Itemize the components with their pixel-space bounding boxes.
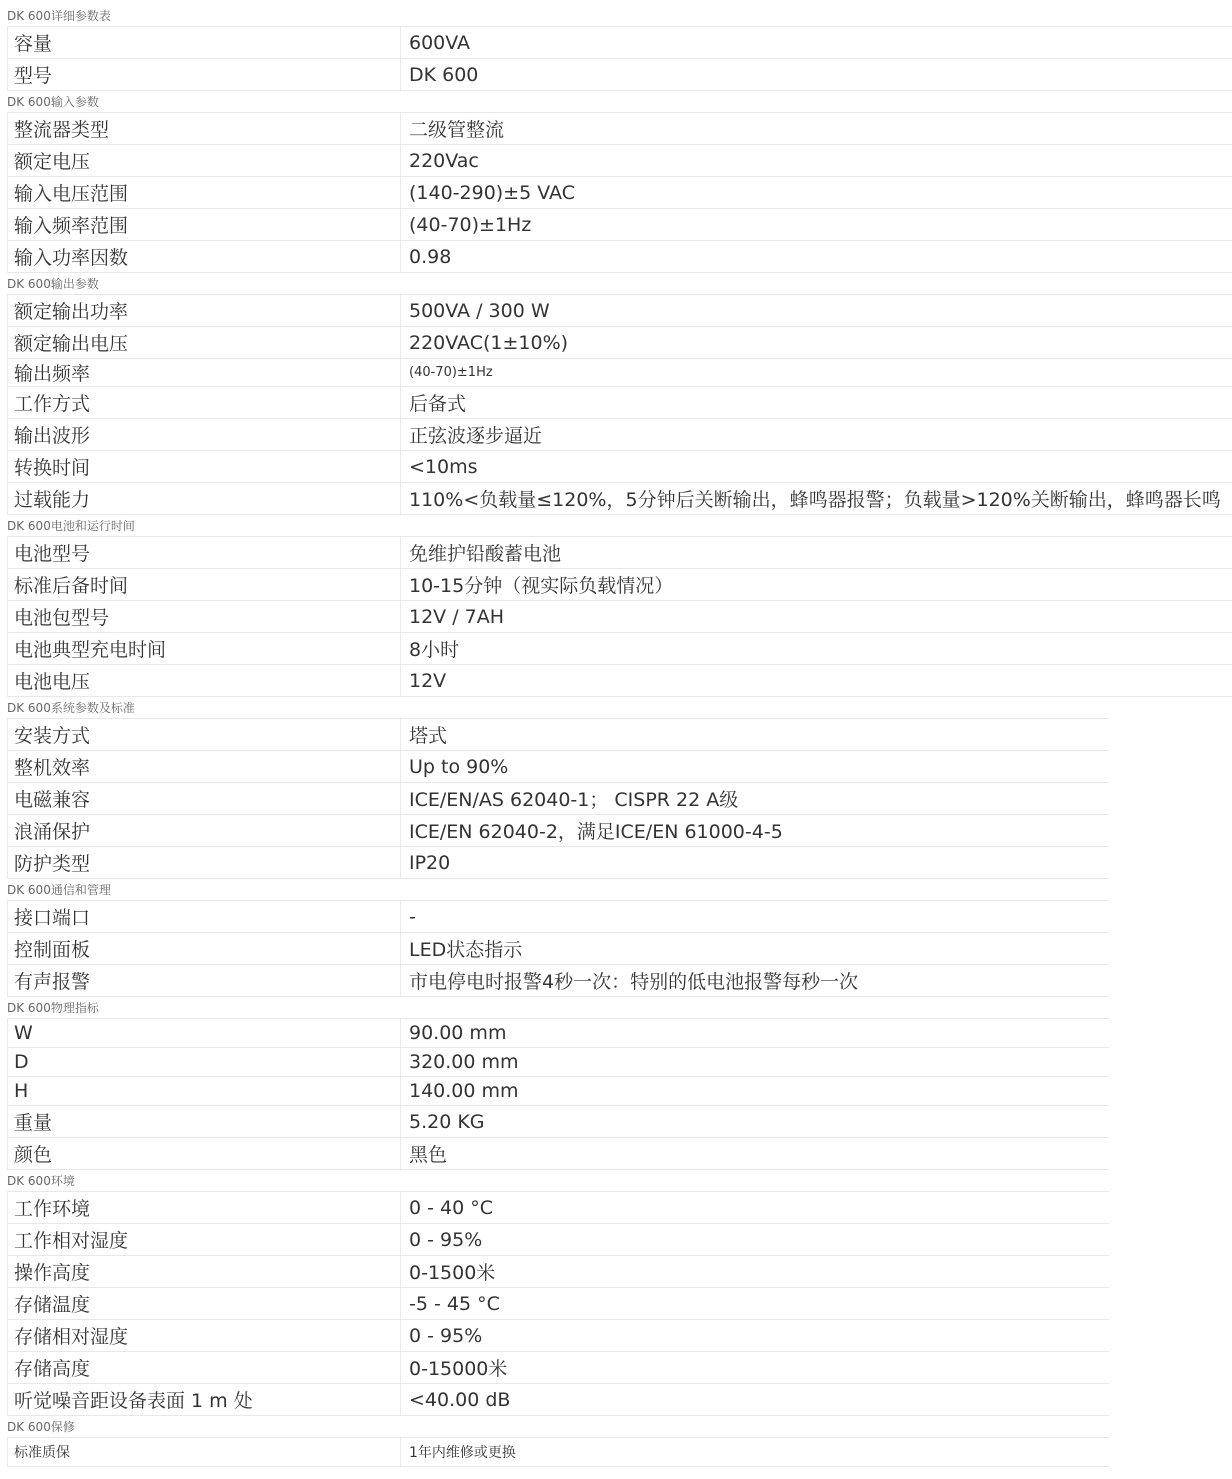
spec-row: 听觉噪音距设备表面 1 m 处 <40.00 dB xyxy=(8,1384,1109,1416)
spec-label: 整流器类型 xyxy=(8,113,400,144)
spec-table: W 90.00 mm D 320.00 mm H 140.00 mm 重量 5.… xyxy=(7,1018,1109,1170)
spec-value: 塔式 xyxy=(400,719,1109,750)
spec-value: 320.00 mm xyxy=(400,1048,1109,1076)
spec-value: 110%<负载量≤120%，5分钟后关断输出，蜂鸣器报警；负载量>120%关断输… xyxy=(400,483,1232,514)
spec-table: 电池型号 免维护铅酸蓄电池 标准后备时间 10-15分钟（视实际负载情况） 电池… xyxy=(7,536,1232,697)
spec-section: DK 600输出参数 额定输出功率 500VA / 300 W 额定输出电压 2… xyxy=(0,273,1232,515)
spec-table: 标准质保 1年内维修或更换 xyxy=(7,1437,1109,1467)
spec-label: 电池型号 xyxy=(8,537,400,568)
spec-row: 防护类型 IP20 xyxy=(8,847,1109,879)
section-header: DK 600电池和运行时间 xyxy=(0,515,1232,536)
spec-value: 二级管整流 xyxy=(400,113,1232,144)
spec-value: 220VAC(1±10%) xyxy=(400,327,1232,358)
spec-value: 0 - 40 °C xyxy=(400,1192,1109,1223)
spec-row: 颜色 黑色 xyxy=(8,1138,1109,1170)
spec-row: 工作方式 后备式 xyxy=(8,387,1232,419)
section-header: DK 600通信和管理 xyxy=(0,879,1232,900)
spec-value: (140-290)±5 VAC xyxy=(400,177,1232,208)
spec-value: 12V xyxy=(400,665,1232,696)
spec-row: 有声报警 市电停电时报警4秒一次：特别的低电池报警每秒一次 xyxy=(8,965,1109,997)
spec-value: 10-15分钟（视实际负载情况） xyxy=(400,569,1232,600)
spec-row: H 140.00 mm xyxy=(8,1077,1109,1106)
spec-value: 市电停电时报警4秒一次：特别的低电池报警每秒一次 xyxy=(400,965,1109,996)
spec-row: 电池电压 12V xyxy=(8,665,1232,697)
spec-row: 容量 600VA xyxy=(8,27,1232,59)
spec-label: 控制面板 xyxy=(8,933,400,964)
spec-label: 输入电压范围 xyxy=(8,177,400,208)
spec-label: 容量 xyxy=(8,27,400,58)
spec-value: 12V / 7AH xyxy=(400,601,1232,632)
spec-label: 存储高度 xyxy=(8,1352,400,1383)
spec-row: 转换时间 <10ms xyxy=(8,451,1232,483)
spec-row: 控制面板 LED状态指示 xyxy=(8,933,1109,965)
spec-label: 颜色 xyxy=(8,1138,400,1169)
spec-label: 电池典型充电时间 xyxy=(8,633,400,664)
spec-row: 电池型号 免维护铅酸蓄电池 xyxy=(8,537,1232,569)
spec-section: DK 600详细参数表 容量 600VA 型号 DK 600 xyxy=(0,5,1232,91)
spec-value: DK 600 xyxy=(400,59,1232,90)
spec-row: 标准后备时间 10-15分钟（视实际负载情况） xyxy=(8,569,1232,601)
spec-label: 操作高度 xyxy=(8,1256,400,1287)
spec-value: <40.00 dB xyxy=(400,1384,1109,1415)
spec-label: 听觉噪音距设备表面 1 m 处 xyxy=(8,1384,400,1415)
spec-row: 输出频率 (40-70)±1Hz xyxy=(8,359,1232,387)
spec-row: 输入频率范围 (40-70)±1Hz xyxy=(8,209,1232,241)
spec-row: D 320.00 mm xyxy=(8,1048,1109,1077)
spec-value: Up to 90% xyxy=(400,751,1109,782)
spec-row: 电池典型充电时间 8小时 xyxy=(8,633,1232,665)
spec-label: 型号 xyxy=(8,59,400,90)
spec-label: 重量 xyxy=(8,1106,400,1137)
spec-row: 型号 DK 600 xyxy=(8,59,1232,91)
spec-row: 输入功率因数 0.98 xyxy=(8,241,1232,273)
spec-value: -5 - 45 °C xyxy=(400,1288,1109,1319)
spec-value: 0 - 95% xyxy=(400,1320,1109,1351)
spec-label: 输出波形 xyxy=(8,419,400,450)
spec-label: 工作环境 xyxy=(8,1192,400,1223)
spec-row: 重量 5.20 KG xyxy=(8,1106,1109,1138)
spec-row: 电池包型号 12V / 7AH xyxy=(8,601,1232,633)
spec-label: 电磁兼容 xyxy=(8,783,400,814)
spec-label: D xyxy=(8,1048,400,1076)
spec-row: 操作高度 0-1500米 xyxy=(8,1256,1109,1288)
spec-label: 工作方式 xyxy=(8,387,400,418)
spec-row: 额定电压 220Vac xyxy=(8,145,1232,177)
spec-table: 整流器类型 二级管整流 额定电压 220Vac 输入电压范围 (140-290)… xyxy=(7,112,1232,273)
spec-row: 输出波形 正弦波逐步逼近 xyxy=(8,419,1232,451)
spec-value: (40-70)±1Hz xyxy=(400,359,1232,386)
spec-label: 标准后备时间 xyxy=(8,569,400,600)
spec-value: 正弦波逐步逼近 xyxy=(400,419,1232,450)
spec-label: 接口端口 xyxy=(8,901,400,932)
spec-value: 5.20 KG xyxy=(400,1106,1109,1137)
spec-row: 存储高度 0-15000米 xyxy=(8,1352,1109,1384)
spec-value: 8小时 xyxy=(400,633,1232,664)
spec-label: 存储温度 xyxy=(8,1288,400,1319)
spec-label: W xyxy=(8,1019,400,1047)
spec-row: 额定输出功率 500VA / 300 W xyxy=(8,295,1232,327)
spec-value: <10ms xyxy=(400,451,1232,482)
spec-value: 1年内维修或更换 xyxy=(400,1438,1109,1466)
spec-label: 输出频率 xyxy=(8,359,400,386)
section-header: DK 600保修 xyxy=(0,1416,1232,1437)
spec-value: (40-70)±1Hz xyxy=(400,209,1232,240)
spec-section: DK 600保修 标准质保 1年内维修或更换 xyxy=(0,1416,1232,1467)
spec-value: 黑色 xyxy=(400,1138,1109,1169)
spec-value: ICE/EN 62040-2，满足ICE/EN 61000-4-5 xyxy=(400,815,1109,846)
section-header: DK 600输出参数 xyxy=(0,273,1232,294)
spec-value: 免维护铅酸蓄电池 xyxy=(400,537,1232,568)
spec-row: 输入电压范围 (140-290)±5 VAC xyxy=(8,177,1232,209)
spec-row: 整流器类型 二级管整流 xyxy=(8,113,1232,145)
section-header: DK 600详细参数表 xyxy=(0,5,1232,26)
spec-value: IP20 xyxy=(400,847,1109,878)
spec-label: 过载能力 xyxy=(8,483,400,514)
spec-label: 存储相对湿度 xyxy=(8,1320,400,1351)
spec-label: 电池电压 xyxy=(8,665,400,696)
spec-section: DK 600系统参数及标准 安装方式 塔式 整机效率 Up to 90% 电磁兼… xyxy=(0,697,1232,879)
spec-label: 安装方式 xyxy=(8,719,400,750)
spec-label: 额定输出电压 xyxy=(8,327,400,358)
spec-value: LED状态指示 xyxy=(400,933,1109,964)
spec-sheet: DK 600详细参数表 容量 600VA 型号 DK 600 DK 600输入参… xyxy=(0,5,1232,1467)
spec-value: 90.00 mm xyxy=(400,1019,1109,1047)
spec-row: 整机效率 Up to 90% xyxy=(8,751,1109,783)
spec-label: 转换时间 xyxy=(8,451,400,482)
spec-value: - xyxy=(400,901,1109,932)
spec-section: DK 600电池和运行时间 电池型号 免维护铅酸蓄电池 标准后备时间 10-15… xyxy=(0,515,1232,697)
spec-page: { "sections": [ { "header": "DK 600详细参数表… xyxy=(0,0,1232,1479)
spec-label: 防护类型 xyxy=(8,847,400,878)
spec-row: 浪涌保护 ICE/EN 62040-2，满足ICE/EN 61000-4-5 xyxy=(8,815,1109,847)
spec-value: 140.00 mm xyxy=(400,1077,1109,1105)
spec-label: 电池包型号 xyxy=(8,601,400,632)
spec-table: 工作环境 0 - 40 °C 工作相对湿度 0 - 95% 操作高度 0-150… xyxy=(7,1191,1109,1416)
spec-label: 浪涌保护 xyxy=(8,815,400,846)
spec-label: 输入功率因数 xyxy=(8,241,400,272)
section-header: DK 600输入参数 xyxy=(0,91,1232,112)
spec-label: 整机效率 xyxy=(8,751,400,782)
spec-row: 工作环境 0 - 40 °C xyxy=(8,1192,1109,1224)
spec-value: 0-15000米 xyxy=(400,1352,1109,1383)
spec-row: 过载能力 110%<负载量≤120%，5分钟后关断输出，蜂鸣器报警；负载量>12… xyxy=(8,483,1232,515)
spec-table: 额定输出功率 500VA / 300 W 额定输出电压 220VAC(1±10%… xyxy=(7,294,1232,515)
spec-row: 存储相对湿度 0 - 95% xyxy=(8,1320,1109,1352)
spec-value: 0.98 xyxy=(400,241,1232,272)
spec-section: DK 600物理指标 W 90.00 mm D 320.00 mm H 140.… xyxy=(0,997,1232,1170)
spec-row: 工作相对湿度 0 - 95% xyxy=(8,1224,1109,1256)
spec-value: 0-1500米 xyxy=(400,1256,1109,1287)
spec-value: 0 - 95% xyxy=(400,1224,1109,1255)
spec-value: 后备式 xyxy=(400,387,1232,418)
section-header: DK 600环境 xyxy=(0,1170,1232,1191)
spec-section: DK 600输入参数 整流器类型 二级管整流 额定电压 220Vac 输入电压范… xyxy=(0,91,1232,273)
spec-value: 220Vac xyxy=(400,145,1232,176)
spec-value: ICE/EN/AS 62040-1； CISPR 22 A级 xyxy=(400,783,1109,814)
spec-label: 输入频率范围 xyxy=(8,209,400,240)
spec-row: 存储温度 -5 - 45 °C xyxy=(8,1288,1109,1320)
spec-section: DK 600环境 工作环境 0 - 40 °C 工作相对湿度 0 - 95% 操… xyxy=(0,1170,1232,1416)
spec-table: 接口端口 - 控制面板 LED状态指示 有声报警 市电停电时报警4秒一次：特别的… xyxy=(7,900,1109,997)
spec-table: 容量 600VA 型号 DK 600 xyxy=(7,26,1232,91)
spec-label: 额定输出功率 xyxy=(8,295,400,326)
spec-value: 600VA xyxy=(400,27,1232,58)
spec-row: 额定输出电压 220VAC(1±10%) xyxy=(8,327,1232,359)
spec-row: 电磁兼容 ICE/EN/AS 62040-1； CISPR 22 A级 xyxy=(8,783,1109,815)
spec-value: 500VA / 300 W xyxy=(400,295,1232,326)
spec-label: 额定电压 xyxy=(8,145,400,176)
spec-label: 有声报警 xyxy=(8,965,400,996)
spec-row: 安装方式 塔式 xyxy=(8,719,1109,751)
spec-label: 工作相对湿度 xyxy=(8,1224,400,1255)
spec-row: 标准质保 1年内维修或更换 xyxy=(8,1438,1109,1467)
section-header: DK 600物理指标 xyxy=(0,997,1232,1018)
spec-label: H xyxy=(8,1077,400,1105)
spec-row: 接口端口 - xyxy=(8,901,1109,933)
spec-label: 标准质保 xyxy=(8,1438,400,1466)
spec-row: W 90.00 mm xyxy=(8,1019,1109,1048)
spec-table: 安装方式 塔式 整机效率 Up to 90% 电磁兼容 ICE/EN/AS 62… xyxy=(7,718,1109,879)
section-header: DK 600系统参数及标准 xyxy=(0,697,1232,718)
spec-section: DK 600通信和管理 接口端口 - 控制面板 LED状态指示 有声报警 市电停… xyxy=(0,879,1232,997)
